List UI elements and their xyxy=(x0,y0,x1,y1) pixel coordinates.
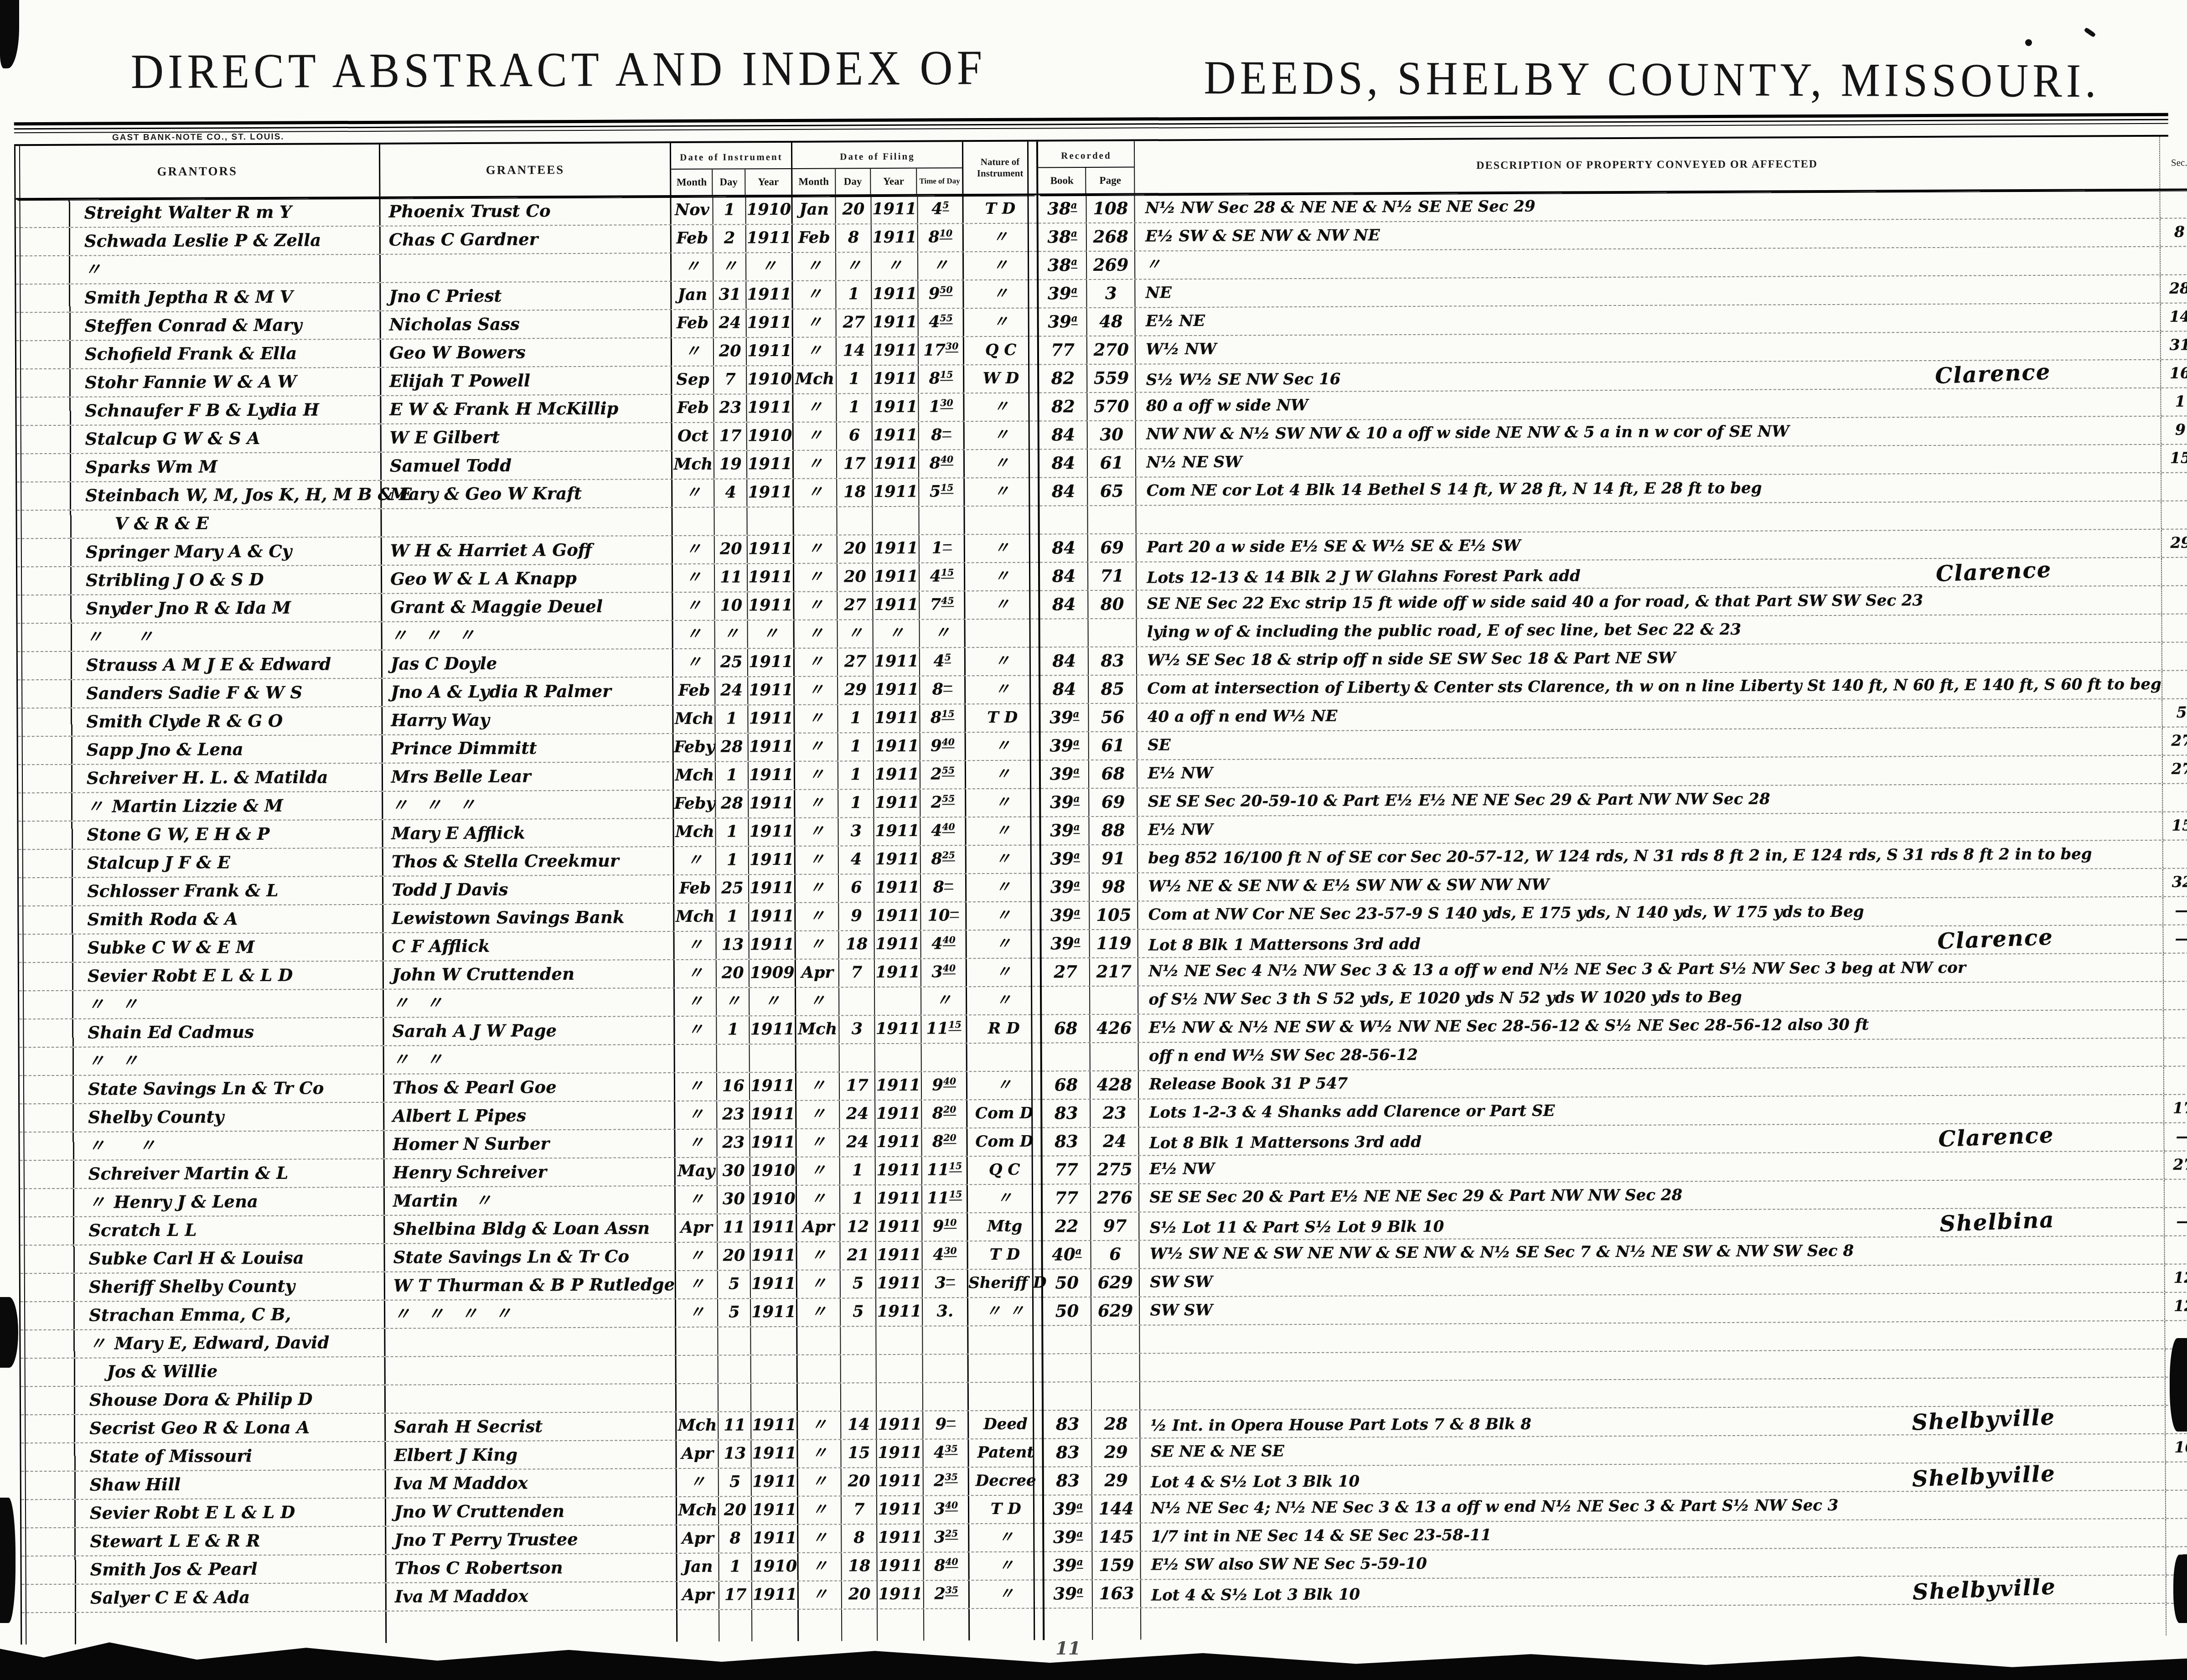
instrument-month-cell: 〃 xyxy=(673,593,715,620)
filing-year-cell xyxy=(877,1383,923,1411)
grantors-cell: Smith Jos & Pearl xyxy=(21,1555,386,1584)
table-row: 27217N½ NE Sec 4 N½ NW Sec 3 & 13 a off … xyxy=(1042,953,2187,987)
grantees-cell: Shelbina Bldg & Loan Assn xyxy=(385,1215,676,1243)
col-date-of-filing: Date of Filing Month Day Year Time of Da… xyxy=(792,142,963,195)
page-cell: 3 xyxy=(1087,280,1136,307)
table-row xyxy=(1040,501,2187,535)
book-cell: 84 xyxy=(1040,591,1089,618)
filing-year-cell: 1911 xyxy=(874,648,920,676)
sec-cell xyxy=(2162,558,2187,585)
instrument-month-cell xyxy=(677,1356,719,1383)
empty-cell xyxy=(970,1609,1043,1641)
filing-year-cell: 1911 xyxy=(874,592,920,619)
filing-time-cell: 9— xyxy=(923,1411,969,1438)
instrument-day-cell: 1 xyxy=(719,1553,752,1581)
instrument-day-cell: 1 xyxy=(716,818,749,846)
nature-cell: 〃 xyxy=(967,902,1040,930)
filing-month-cell: 〃 xyxy=(799,1525,842,1552)
page-cell: 98 xyxy=(1090,874,1138,901)
filing-day-cell: 17 xyxy=(837,450,873,478)
grantees-cell: Todd J Davis xyxy=(383,875,675,904)
filing-year-cell: 1911 xyxy=(873,563,920,591)
instrument-month-cell xyxy=(677,1328,719,1355)
table-row: 38a269〃 xyxy=(1039,247,2187,280)
instrument-day-cell: 11 xyxy=(718,1214,751,1241)
col-time-of-day: Time of Day xyxy=(917,168,962,194)
description-cell: SE SE Sec 20 & Part E½ NE NE Sec 29 & Pa… xyxy=(1139,1180,2165,1212)
grantees-cell: Nicholas Sass xyxy=(381,310,672,339)
page-cell: 428 xyxy=(1091,1071,1139,1099)
instrument-year-cell: 1911 xyxy=(750,1101,796,1128)
nature-cell: 〃 xyxy=(966,676,1039,704)
instrument-year-cell xyxy=(751,1384,798,1411)
description-text: W½ SE Sec 18 & strip off n side SE SW Se… xyxy=(1147,645,1675,673)
table-row: Schreiver Martin & LHenry SchreiverMay30… xyxy=(20,1157,1041,1189)
filing-year-cell: 1911 xyxy=(872,337,919,365)
instrument-year-cell: 1911 xyxy=(748,677,795,704)
instrument-year-cell: 1911 xyxy=(748,592,795,620)
book-cell: 83 xyxy=(1044,1467,1092,1494)
grantees-cell: Grant & Maggie Deuel xyxy=(382,593,673,621)
filing-month-cell: 〃 xyxy=(796,1101,840,1128)
page-cell: 275 xyxy=(1091,1156,1139,1184)
sec-cell: 27 xyxy=(2163,755,2187,783)
filing-day-cell: 20 xyxy=(838,535,873,563)
description-cell: beg 852 16/100 ft N of SE cor Sec 20-57-… xyxy=(1138,841,2163,873)
grantors-cell: Scratch L L xyxy=(20,1216,385,1245)
instrument-day-cell: 〃 xyxy=(715,620,748,648)
sec-cell xyxy=(2164,1010,2187,1037)
description-cell: Com at NW Cor NE Sec 23-57-9 S 140 yds, … xyxy=(1138,897,2164,929)
description-cell: Com at intersection of Liberty & Center … xyxy=(1137,671,2162,703)
filing-year-cell: 1911 xyxy=(873,422,919,450)
scan-smudge xyxy=(2173,1555,2187,1623)
instrument-year-cell: 1910 xyxy=(747,423,794,450)
description-text: beg 852 16/100 ft N of SE cor Sec 20-57-… xyxy=(1148,841,2092,871)
filing-time-cell: 3— xyxy=(923,1270,968,1297)
instrument-year-cell: 1911 xyxy=(747,451,794,478)
filing-year-cell: 1911 xyxy=(876,1157,922,1184)
filing-day-cell: 1 xyxy=(838,733,874,760)
instrument-day-cell: 20 xyxy=(719,1497,752,1524)
table-row: 39a119Lot 8 Blk 1 Mattersons 3rd addClar… xyxy=(1042,925,2187,959)
nature-cell xyxy=(969,1354,1042,1382)
instrument-day-cell: 24 xyxy=(715,677,748,704)
book-cell: 39a xyxy=(1044,1580,1093,1608)
grantors-cell: Schofield Frank & Ella xyxy=(16,340,381,368)
description-text: N½ NW Sec 28 & NE NE & N½ SE NE Sec 29 xyxy=(1145,193,1536,222)
description-cell: 40 a off n end W½ NE xyxy=(1137,699,2163,731)
grantors-cell: Sevier Robt E L & L D xyxy=(19,961,384,990)
filing-day-cell: 21 xyxy=(841,1242,876,1269)
instrument-day-cell: 11 xyxy=(719,1412,751,1439)
instrument-day-cell: 17 xyxy=(714,423,747,450)
filing-time-cell: 〃 xyxy=(918,252,964,279)
instrument-year-cell: 1911 xyxy=(749,875,796,902)
table-row: 8257080 a off w side NW15811 xyxy=(1039,388,2187,422)
description-cell: SW SW xyxy=(1140,1293,2165,1325)
filing-year-cell: 1911 xyxy=(877,1468,924,1495)
page-number-mark: 11 xyxy=(1055,1638,1081,1659)
instrument-day-cell: 20 xyxy=(718,1242,751,1270)
table-row: 8461N½ NE SW155711 xyxy=(1039,445,2187,478)
sec-cell xyxy=(2164,982,2187,1009)
grantors-cell: Sheriff Shelby County xyxy=(21,1272,385,1301)
filing-month-cell: 〃 xyxy=(793,281,837,308)
scan-smudge xyxy=(0,1297,18,1368)
instrument-day-cell: 1 xyxy=(717,1016,750,1044)
table-row: 39a98W½ NE & SE NW & E½ SW NW & SW NW NW… xyxy=(1041,868,2187,902)
filing-time-cell: 340 xyxy=(921,959,967,986)
page-cell: 24 xyxy=(1091,1128,1139,1155)
filing-year-cell: 1911 xyxy=(876,1129,922,1156)
instrument-day-cell: 23 xyxy=(717,1101,750,1128)
sec-cell xyxy=(2164,1066,2187,1094)
instrument-day-cell: 13 xyxy=(717,931,750,959)
nature-cell: Patent xyxy=(969,1439,1042,1467)
book-cell: 50 xyxy=(1043,1269,1091,1297)
filing-month-cell: 〃 xyxy=(795,705,838,732)
filing-year-cell: 1911 xyxy=(872,309,919,336)
sec-cell: — xyxy=(2163,897,2187,924)
right-page: Recorded Book Page DESCRIPTION OF PROPER… xyxy=(1036,136,2187,1640)
filing-day-cell: 1 xyxy=(838,705,874,732)
filing-month-cell: 〃 xyxy=(796,931,839,958)
instrument-day-cell xyxy=(719,1384,751,1411)
instrument-month-cell: Apr xyxy=(677,1441,719,1468)
filing-day-cell: 8 xyxy=(842,1525,878,1552)
table-row: Secrist Geo R & Lona ASarah H SecristMch… xyxy=(21,1411,1042,1444)
filing-month-cell: Apr xyxy=(796,959,839,987)
instrument-year-cell: 1911 xyxy=(752,1525,799,1552)
grantors-cell: Jos & Willie xyxy=(21,1357,386,1386)
instrument-year-cell: 1911 xyxy=(747,394,794,422)
sec-cell: 9 xyxy=(2161,416,2187,444)
filing-month-cell: 〃 xyxy=(796,987,839,1015)
instrument-month-cell: 〃 xyxy=(675,1073,717,1101)
filing-year-cell: 1911 xyxy=(876,1214,923,1241)
filing-month-cell: 〃 xyxy=(796,903,839,930)
filing-time-cell: 435 xyxy=(924,1439,969,1467)
description-cell: W½ SE Sec 18 & strip off n side SE SW Se… xyxy=(1137,643,2162,675)
book-cell: 39a xyxy=(1044,1524,1093,1551)
description-text: N½ NE Sec 4; N½ NE Sec 3 & 13 a off w en… xyxy=(1151,1492,1838,1522)
filing-day-cell: 20 xyxy=(842,1468,877,1495)
scan-smudge xyxy=(2170,1338,2187,1432)
table-row: V & R & E xyxy=(17,507,1038,539)
description-cell: S½ W½ SE NW Sec 16Clarence xyxy=(1136,360,2161,392)
instrument-year-cell: 1911 xyxy=(751,1412,798,1439)
description-text: SE xyxy=(1148,732,1171,758)
book-cell: 68 xyxy=(1042,1015,1091,1042)
description-cell: Lot 4 & S½ Lot 3 Blk 10Shelbyville xyxy=(1141,1576,2166,1608)
filing-month-cell: 〃 xyxy=(794,563,838,591)
table-row: 〃 Martin Lizzie & M〃 〃 〃Feby281911〃11911… xyxy=(18,789,1039,822)
filing-day-cell: 1 xyxy=(838,761,874,789)
book-cell: 77 xyxy=(1043,1184,1091,1212)
description-cell: N½ NE Sec 4 N½ NW Sec 3 & 13 a off w end… xyxy=(1138,954,2164,986)
nature-cell: W D xyxy=(964,365,1037,393)
filing-time-cell: 415 xyxy=(920,563,965,590)
filing-month-cell xyxy=(796,1044,840,1071)
table-row: 77275E½ NW275910 xyxy=(1043,1151,2187,1185)
table-row: Stone G W, E H & PMary E AfflickMch11911… xyxy=(18,817,1039,850)
sec-cell: — xyxy=(2163,925,2187,952)
filing-time-cell: 255 xyxy=(921,789,967,817)
table-row: 39a1451/7 int in NE Sec 14 & SE Sec 23-5… xyxy=(1044,1519,2187,1552)
filing-time-cell: 825 xyxy=(921,846,967,873)
filing-day-cell: 15 xyxy=(842,1440,877,1467)
nature-cell: Deed xyxy=(969,1411,1042,1439)
grantees-cell: Elbert J King xyxy=(386,1441,677,1469)
grantees-cell xyxy=(386,1356,677,1385)
grantors-cell: Steffen Conrad & Mary xyxy=(16,311,381,340)
instrument-year-cell: 1911 xyxy=(747,338,793,365)
table-row: 〃 〃〃 〃 〃〃〃〃〃〃〃〃 xyxy=(18,620,1039,652)
filing-month-cell: 〃 xyxy=(795,733,838,760)
filing-day-cell: 1 xyxy=(837,281,872,308)
instrument-month-cell: Apr xyxy=(676,1215,718,1242)
table-row: Streight Walter R m YPhoenix Trust CoNov… xyxy=(16,196,1037,228)
book-cell: 84 xyxy=(1040,478,1088,505)
table-row: 39a3NE28589 xyxy=(1039,275,2187,309)
table-row: 8471Lots 12-13 & 14 Blk 2 J W Glahns For… xyxy=(1040,558,2187,591)
table-row: 40a6W½ SW NE & SW NE NW & SE NW & N½ SE … xyxy=(1043,1236,2187,1270)
filing-month-cell: 〃 xyxy=(796,790,839,817)
table-row xyxy=(1044,1349,2187,1383)
filing-time-cell: 8— xyxy=(920,676,966,703)
instrument-month-cell: Mch xyxy=(677,1497,719,1525)
sec-cell xyxy=(2162,614,2187,641)
instrument-year-cell: 1911 xyxy=(749,790,796,817)
grantees-cell: E W & Frank H McKillip xyxy=(381,395,672,424)
grantees-cell: 〃 〃 〃 〃 xyxy=(385,1299,677,1328)
instrument-month-cell xyxy=(675,1045,717,1072)
book-cell: 84 xyxy=(1040,534,1088,562)
page-cell: 83 xyxy=(1089,647,1137,675)
sec-cell xyxy=(2161,247,2187,274)
page-cell: 629 xyxy=(1091,1297,1140,1325)
description-cell: W½ NW xyxy=(1136,332,2161,364)
table-row: Stewart L E & R RJno T Perry TrusteeApr8… xyxy=(21,1524,1043,1557)
sec-cell: 27 xyxy=(2164,1151,2187,1179)
instrument-day-cell xyxy=(715,507,748,535)
grantors-cell: 〃 Mary E, Edward, David xyxy=(21,1329,385,1358)
grantors-cell: Schnaufer F B & Lydia H xyxy=(16,396,381,425)
grantees-cell: Iva M Maddox xyxy=(387,1582,678,1611)
instrument-year-cell: 1910 xyxy=(752,1553,799,1581)
instrument-day-cell: 13 xyxy=(719,1440,752,1468)
filing-year-cell: 1911 xyxy=(873,479,920,506)
instrument-year-cell: 1911 xyxy=(751,1214,797,1241)
grantees-cell: Thos C Robertson xyxy=(386,1554,677,1582)
filing-year-cell: 1911 xyxy=(873,394,919,421)
instrument-day-cell: 1 xyxy=(716,705,749,733)
nature-cell xyxy=(966,620,1039,647)
filing-day-cell xyxy=(840,1044,875,1071)
sec-cell xyxy=(2161,501,2187,528)
instrument-day-cell: 20 xyxy=(717,960,750,987)
filing-year-cell: 1911 xyxy=(875,1101,922,1128)
table-row: Subke Carl H & LouisaState Savings Ln & … xyxy=(20,1241,1041,1274)
description-cell: E½ SW & SE NW & NW NE xyxy=(1135,219,2161,251)
instrument-year-cell: 1911 xyxy=(749,818,796,846)
sec-cell xyxy=(2166,1462,2187,1489)
table-row: 50629SW SW125712 xyxy=(1043,1292,2187,1326)
grantors-cell: Schreiver H. L. & Matilda xyxy=(18,764,383,792)
table-row: Sapp Jno & LenaPrince DimmittFeby281911〃… xyxy=(18,733,1039,765)
book-cell: 27 xyxy=(1042,958,1090,986)
sec-cell xyxy=(2163,840,2187,868)
nature-cell: 〃 xyxy=(967,874,1039,902)
filing-year-cell: 1911 xyxy=(876,1242,923,1269)
grantees-cell: Thos & Pearl Goe xyxy=(384,1073,676,1102)
grantors-cell: Smith Clyde R & G O xyxy=(18,707,383,736)
table-row: Stribling J O & S DGeo W & L A Knapp〃111… xyxy=(17,563,1039,596)
town-script: Shelbyville xyxy=(1911,1460,2056,1492)
description-cell: SE SE Sec 20-59-10 & Part E½ E½ NE NE Se… xyxy=(1137,784,2163,816)
sec-cell xyxy=(2163,953,2187,981)
filing-day-cell: 18 xyxy=(842,1553,878,1580)
sec-cell: 1 xyxy=(2161,388,2187,415)
filing-month-cell: 〃 xyxy=(795,620,838,647)
book-cell: 39a xyxy=(1041,704,1089,731)
instrument-month-cell: Mch xyxy=(675,904,717,931)
col-recorded: Recorded Book Page xyxy=(1038,141,1135,194)
book-cell: 39a xyxy=(1042,930,1090,957)
grantors-cell: Stalcup G W & S A xyxy=(17,424,382,453)
grantors-cell: Sanders Sadie F & W S xyxy=(18,679,383,708)
col-book: Book xyxy=(1039,168,1086,193)
grantors-cell: 〃 Henry J & Lena xyxy=(20,1188,385,1216)
table-row: Smith Jos & PearlThos C RobertsonJan1191… xyxy=(21,1552,1043,1585)
instrument-year-cell xyxy=(750,1044,796,1072)
description-text: E½ NE xyxy=(1146,308,1205,335)
description-text: off n end W½ SW Sec 28-56-12 xyxy=(1149,1042,1418,1070)
book-cell xyxy=(1042,987,1090,1014)
description-text: E½ SW also SW NE Sec 5-59-10 xyxy=(1151,1551,1427,1578)
book-cell: 39a xyxy=(1039,308,1087,336)
description-cell xyxy=(1137,501,2162,533)
table-row: 〃 Henry J & LenaMartin 〃〃301910〃11911111… xyxy=(20,1185,1041,1218)
description-cell: ½ Int. in Opera House Part Lots 7 & 8 Bl… xyxy=(1140,1406,2166,1438)
nature-cell: 〃 xyxy=(967,987,1040,1015)
instrument-year-cell: 1911 xyxy=(749,705,795,733)
instrument-year-cell: 1911 xyxy=(747,310,793,337)
instrument-year-cell xyxy=(748,507,794,535)
table-row xyxy=(1044,1321,2187,1354)
col-filing-year: Year xyxy=(871,169,917,194)
instrument-year-cell: 1911 xyxy=(750,931,796,959)
scanned-ledger-page: DIRECT ABSTRACT AND INDEX OF DEEDS, SHEL… xyxy=(0,0,2187,1680)
book-cell xyxy=(1042,1043,1091,1070)
description-cell: E½ NW xyxy=(1138,812,2163,844)
instrument-month-cell: Feby xyxy=(674,734,716,761)
book-cell: 68 xyxy=(1042,1071,1091,1099)
filing-day-cell: 20 xyxy=(838,563,873,591)
description-cell: W½ NE & SE NW & E½ SW NW & SW NW NW xyxy=(1138,869,2163,901)
description-cell: N½ NE SW xyxy=(1136,445,2161,477)
instrument-day-cell: 25 xyxy=(715,649,748,676)
grantors-cell: 〃 〃 xyxy=(20,1131,384,1160)
description-text: ½ Int. in Opera House Part Lots 7 & 8 Bl… xyxy=(1150,1411,1531,1439)
description-cell: 80 a off w side NW xyxy=(1136,388,2161,420)
description-cell: E½ SW also SW NE Sec 5-59-10 xyxy=(1141,1547,2166,1579)
filing-time-cell: 〃 xyxy=(921,987,967,1014)
filing-year-cell: 1911 xyxy=(877,1440,924,1467)
grantees-cell: Mrs Belle Lear xyxy=(383,762,674,791)
book-cell: 84 xyxy=(1040,676,1089,703)
filing-year-cell xyxy=(873,507,920,534)
description-text: E½ NW xyxy=(1148,817,1213,843)
table-row: 50629SW SW125712 xyxy=(1043,1264,2187,1298)
nature-cell: 〃 xyxy=(970,1552,1043,1580)
book-cell xyxy=(1040,619,1089,646)
sec-cell xyxy=(2160,190,2187,217)
description-cell: of S½ NW Sec 3 th S 52 yds, E 1020 yds N… xyxy=(1138,982,2164,1014)
table-row: Springer Mary A & CyW H & Harriet A Goff… xyxy=(17,535,1039,568)
table-row: Salyer C E & AdaIva M MaddoxApr171911〃20… xyxy=(22,1581,1043,1613)
page-cell: 30 xyxy=(1088,421,1136,449)
instrument-year-cell: 1911 xyxy=(752,1440,798,1468)
instrument-day-cell: 20 xyxy=(714,338,747,365)
instrument-day-cell: 23 xyxy=(714,394,747,422)
nature-cell: Com D xyxy=(967,1100,1040,1128)
filing-time-cell: 815 xyxy=(919,365,964,393)
book-cell: 39a xyxy=(1041,817,1090,844)
instrument-month-cell xyxy=(673,508,715,535)
filing-year-cell: 1911 xyxy=(878,1581,924,1608)
filing-time-cell: 1115 xyxy=(922,1157,968,1184)
table-row: 39a88E½ NW155711 xyxy=(1041,812,2187,846)
grantors-cell: Stone G W, E H & P xyxy=(18,820,383,849)
book-cell: 40a xyxy=(1043,1241,1091,1268)
filing-month-cell: 〃 xyxy=(793,309,837,336)
description-text: W½ NE & SE NW & E½ SW NW & SW NW NW xyxy=(1148,872,1549,900)
table-row: State Savings Ln & Tr CoThos & Pearl Goe… xyxy=(20,1072,1041,1105)
page-cell: 217 xyxy=(1090,958,1138,986)
instrument-month-cell: Feb xyxy=(672,395,714,422)
filing-year-cell: 1911 xyxy=(877,1496,924,1524)
nature-cell: Decree xyxy=(969,1468,1042,1495)
description-text: N½ NE SW xyxy=(1146,449,1242,476)
description-text: NW NW & N½ SW NW & 10 a off w side NE NW… xyxy=(1146,418,1789,447)
filing-day-cell: 1 xyxy=(837,366,872,393)
instrument-day-cell: 7 xyxy=(714,366,747,393)
sec-cell: 16 xyxy=(2166,1434,2187,1461)
instrument-month-cell: Mch xyxy=(674,819,716,846)
table-row: Scratch L LShelbina Bldg & Loan AssnApr1… xyxy=(20,1213,1041,1246)
table-row xyxy=(22,1609,1043,1645)
filing-month-cell: 〃 xyxy=(797,1270,841,1297)
filing-month-cell: 〃 xyxy=(799,1553,842,1580)
grantees-cell: Henry Schreiver xyxy=(385,1158,676,1187)
instrument-year-cell: 1911 xyxy=(748,649,795,676)
grantors-cell: Schlosser Frank & L xyxy=(19,877,383,905)
grantors-cell: Subke C W & E M xyxy=(19,933,384,962)
instrument-year-cell: 1909 xyxy=(750,960,796,987)
nature-cell xyxy=(969,1383,1042,1411)
filing-time-cell xyxy=(923,1354,969,1382)
description-cell: NW NW & N½ SW NW & 10 a off w side NE NW… xyxy=(1136,417,2161,449)
filing-year-cell: 1911 xyxy=(874,677,920,704)
col-sec: Sec. xyxy=(2160,136,2187,188)
page-cell: 163 xyxy=(1093,1580,1141,1608)
instrument-year-cell: 1911 xyxy=(751,1271,797,1298)
book-cell: 39a xyxy=(1039,280,1087,307)
filing-year-cell: 1911 xyxy=(875,1016,922,1043)
book-cell: 39a xyxy=(1041,732,1089,760)
